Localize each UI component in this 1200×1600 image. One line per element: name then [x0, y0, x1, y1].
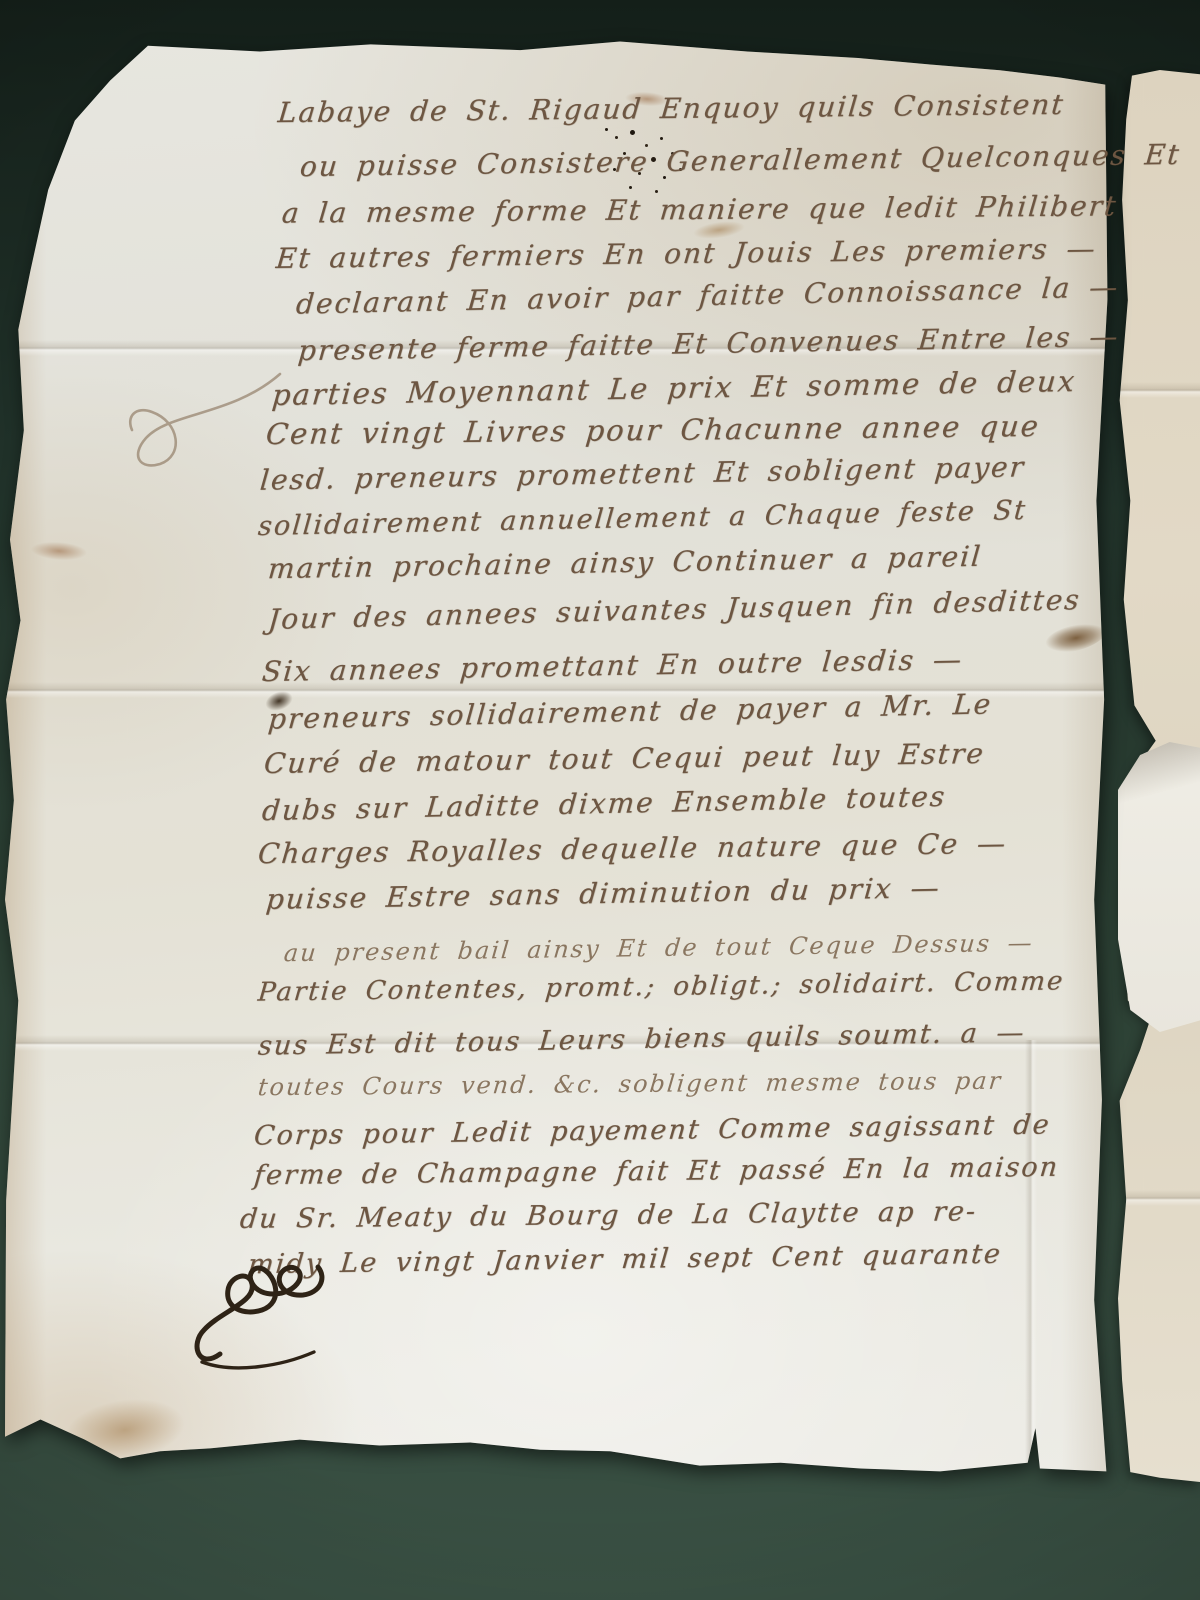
photo-of-manuscript: { "scene": { "description_label": "Photo… [0, 0, 1200, 1600]
signature-flourish [190, 1256, 362, 1374]
ink-speckles [605, 128, 608, 131]
manuscript-line: du Sr. Meaty du Bourg de La Claytte ap r… [239, 1198, 979, 1233]
manuscript-line: a la mesme forme Et maniere que ledit Ph… [281, 192, 1119, 227]
torn-flap-shading [61, 1392, 188, 1468]
manuscript-line: Labaye de St. Rigaud Enquoy quils Consis… [277, 91, 1066, 127]
vertical-crease [1025, 1040, 1037, 1480]
left-edge-shading [5, 40, 51, 1480]
fold-crease [1118, 1190, 1200, 1206]
manuscript-line: Cent vingt Livres pour Chacunne annee qu… [265, 412, 1042, 449]
manuscript-line: ferme de Champagne fait Et passé En la m… [253, 1154, 1061, 1189]
manuscript-line: toutes Cours vend. &c. sobligent mesme t… [257, 1069, 1004, 1100]
margin-flourish [122, 368, 287, 476]
fold-crease [1118, 382, 1200, 398]
torn-patch [1118, 742, 1200, 1032]
